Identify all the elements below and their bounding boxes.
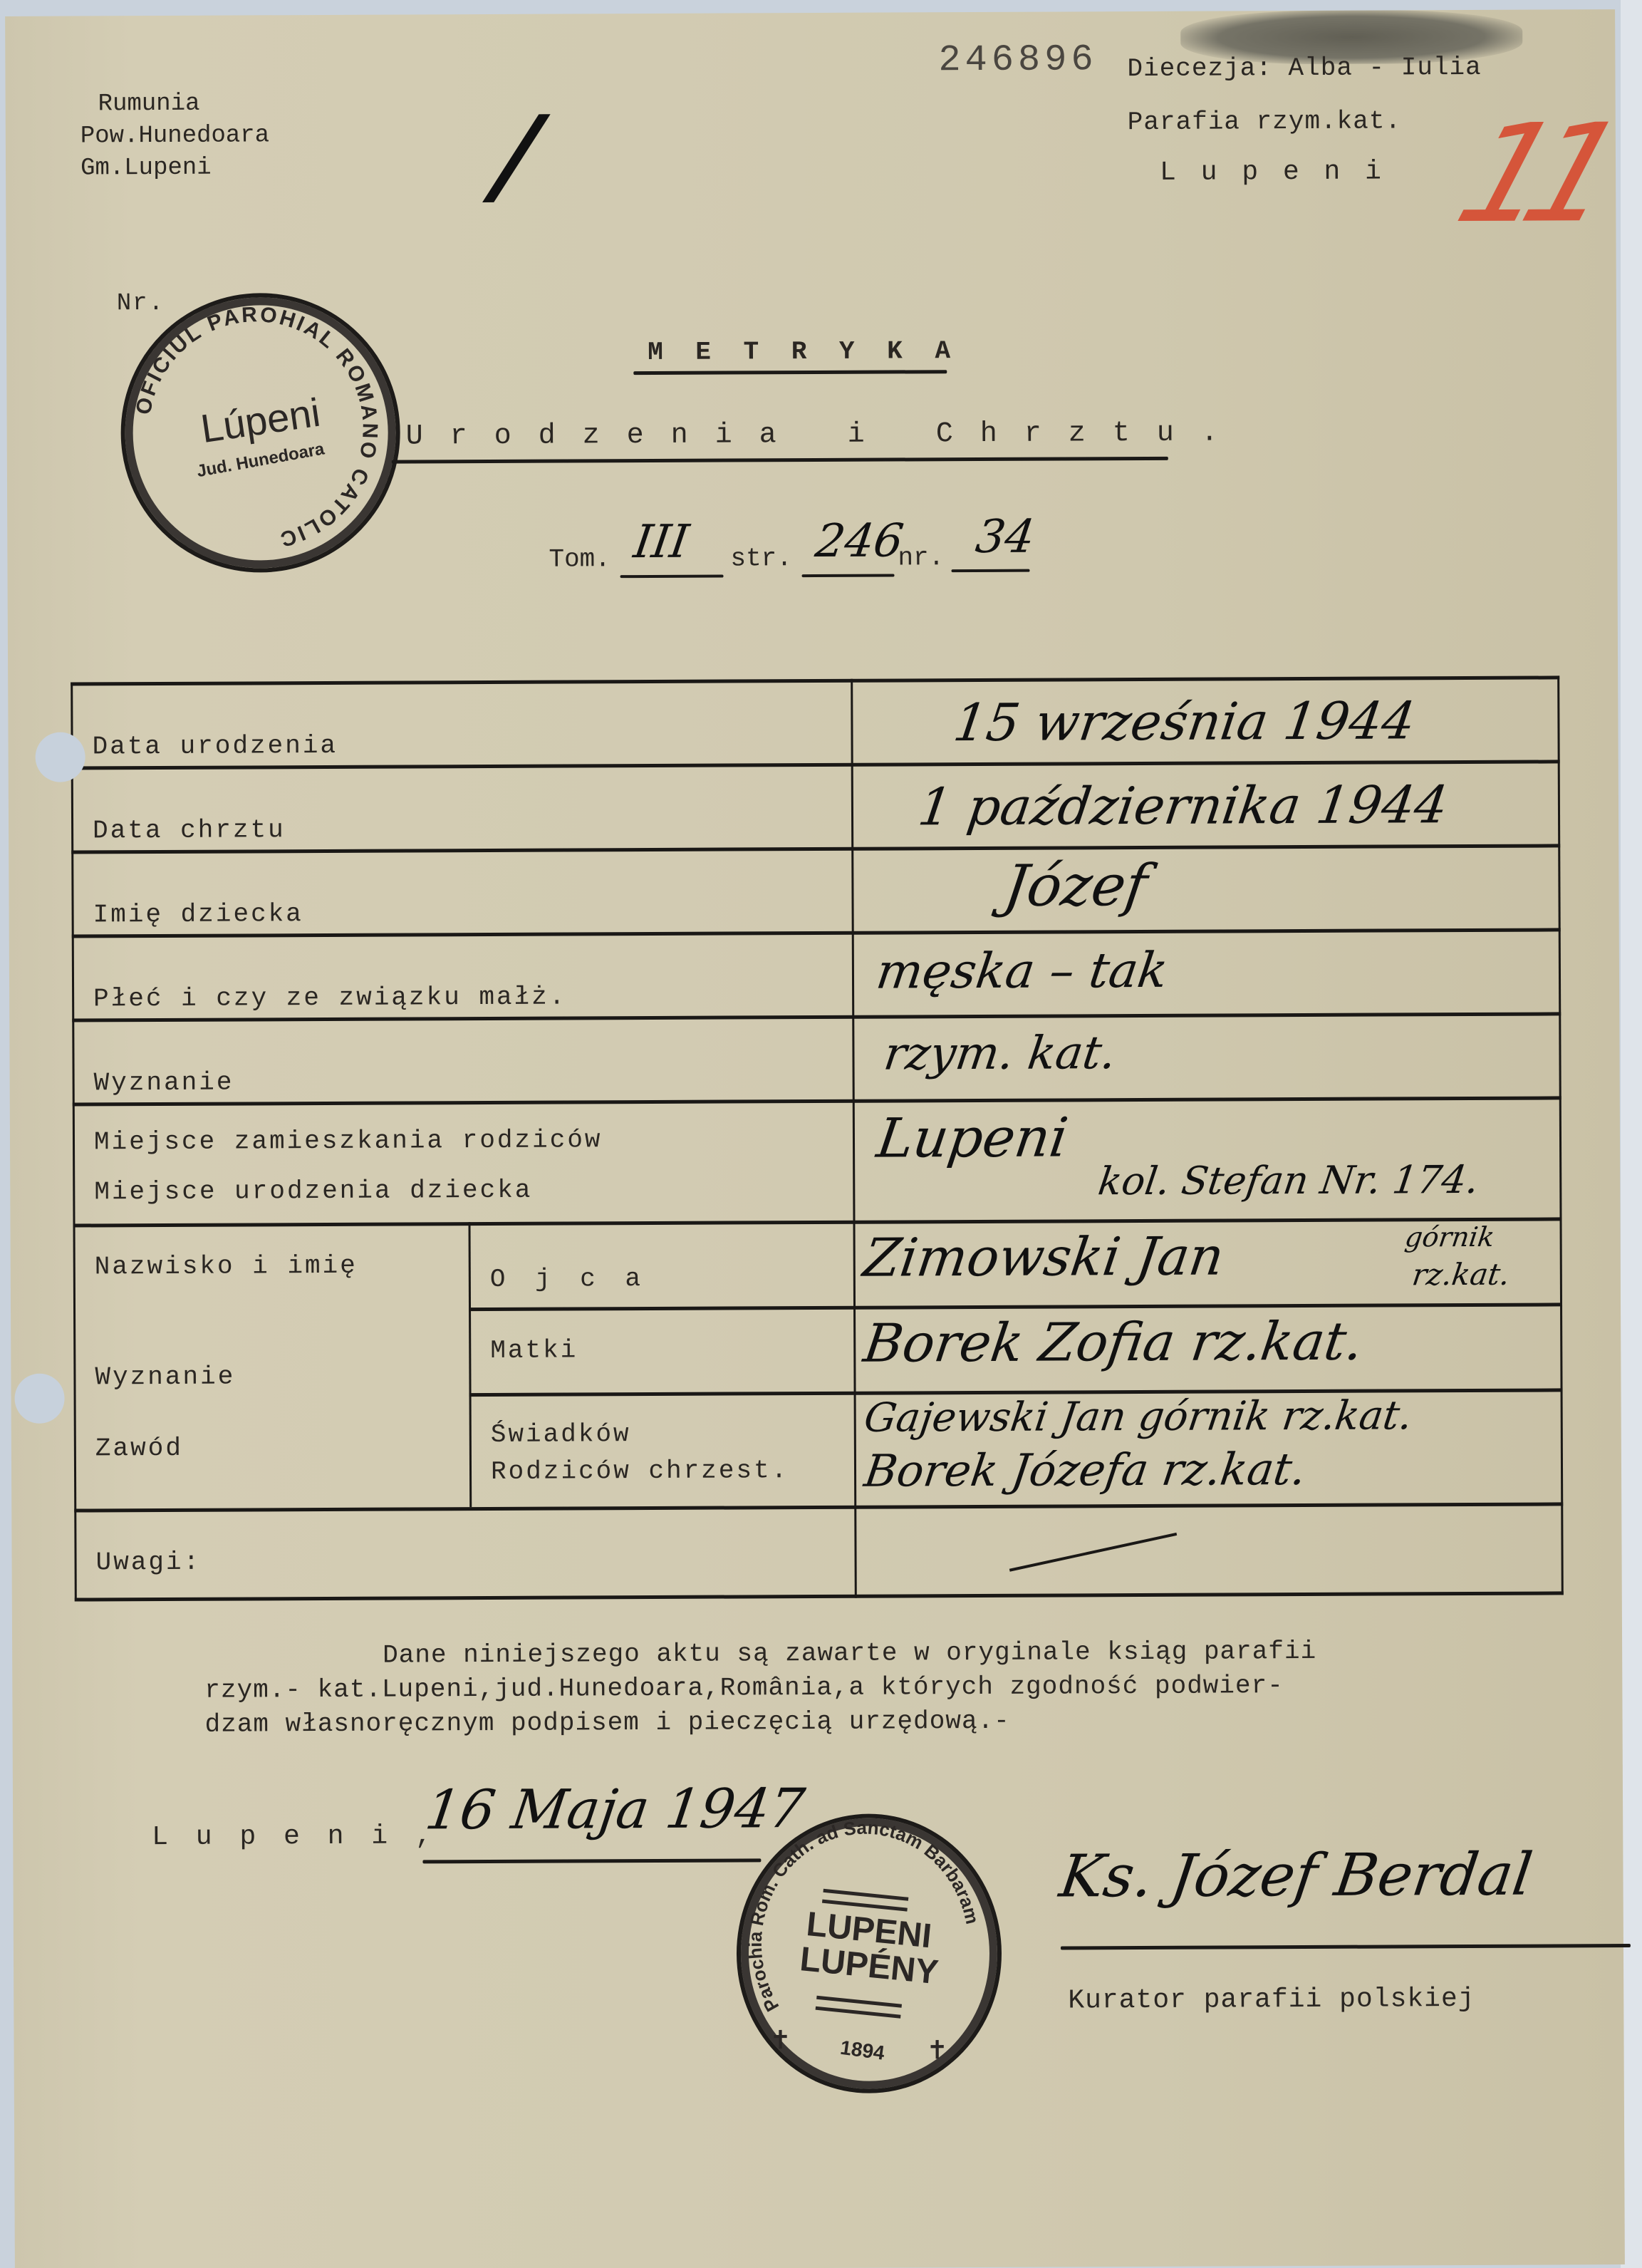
table-border-right bbox=[1557, 675, 1564, 1595]
signature: Ks. Józef Berdal bbox=[1056, 1841, 1536, 1911]
parents-subdivider bbox=[468, 1222, 472, 1507]
value-birth-date: 15 września 1944 bbox=[950, 690, 1419, 752]
row-divider bbox=[469, 1303, 1562, 1311]
header-commune: Gm.Lupeni bbox=[80, 155, 212, 182]
statement-line-3: dzam własnoręcznym podpisem i pieczęcią … bbox=[204, 1707, 1009, 1739]
label-parents-residence: Miejsce zamieszkania rodziców bbox=[94, 1125, 603, 1156]
tom-underline bbox=[620, 575, 724, 579]
signatory-role: Kurator parafii polskiej bbox=[1068, 1984, 1475, 2016]
label-occupation: Zawód bbox=[95, 1434, 183, 1464]
punch-hole bbox=[14, 1374, 64, 1424]
tom-value: III bbox=[630, 516, 692, 569]
baptism-record-table: Data urodzenia 15 września 1944 Data chr… bbox=[71, 675, 1564, 1601]
certificate-paper: Rumunia Pow.Hunedoara Gm.Lupeni / 246896… bbox=[5, 9, 1625, 2268]
date-underline bbox=[422, 1858, 761, 1863]
footer-place: L u p e n i , bbox=[152, 1821, 437, 1853]
label-father: O j c a bbox=[490, 1264, 648, 1294]
value-father-religion: rz.kat. bbox=[1410, 1257, 1512, 1293]
nr-label: nr. bbox=[898, 543, 944, 572]
subtitle-underline bbox=[392, 457, 1168, 464]
row-divider bbox=[72, 1012, 1561, 1022]
label-godparents: Rodziców chrzest. bbox=[491, 1456, 789, 1486]
value-baptism-date: 1 października 1944 bbox=[915, 775, 1451, 837]
title-underline bbox=[633, 370, 947, 375]
row-divider bbox=[73, 1217, 1562, 1227]
label-baptism-date: Data chrztu bbox=[93, 815, 286, 845]
cross-icon: ✝ bbox=[926, 2035, 947, 2065]
label-mother: Matki bbox=[490, 1335, 578, 1365]
header-country: Rumunia bbox=[98, 90, 200, 118]
value-sex-legitimacy: męska – tak bbox=[873, 943, 1171, 1000]
document-title: M E T R Y K A bbox=[648, 336, 959, 367]
row-divider bbox=[74, 1502, 1563, 1512]
label-surname-name: Nazwisko i imię bbox=[95, 1251, 358, 1282]
statement-line-1: Dane niniejszego aktu są zawarte w orygi… bbox=[383, 1637, 1316, 1670]
label-religion: Wyznanie bbox=[94, 1068, 234, 1098]
stamped-number: 246896 bbox=[938, 38, 1097, 81]
red-folio-mark: 11 bbox=[1441, 95, 1621, 253]
table-border-top bbox=[71, 675, 1559, 685]
value-mother: Borek Zofia rz.kat. bbox=[860, 1311, 1366, 1374]
diocese: Diecezja: Alba - Iulia bbox=[1127, 53, 1481, 83]
row-divider bbox=[71, 760, 1560, 770]
value-residence-town: Lupeni bbox=[873, 1105, 1071, 1169]
signature-line bbox=[1061, 1944, 1631, 1949]
background-edge bbox=[1621, 0, 1642, 2268]
cross-icon: ✝ bbox=[769, 2025, 791, 2055]
label-witnesses: Świadków bbox=[491, 1419, 631, 1449]
table-border-bottom bbox=[75, 1591, 1564, 1601]
label-birthplace: Miejsce urodzenia dziecka bbox=[94, 1176, 532, 1207]
punch-hole bbox=[35, 732, 85, 782]
table-column-divider bbox=[851, 679, 857, 1598]
value-child-name: Józef bbox=[1000, 852, 1151, 919]
parish: Parafia rzym.kat. bbox=[1128, 106, 1401, 137]
str-value: 246 bbox=[812, 514, 906, 568]
remarks-dash bbox=[1009, 1533, 1177, 1572]
parish-stamp-top: OFICIUL PAROHIAL ROMANO CATOLIC Lúpeni J… bbox=[120, 293, 401, 574]
document-subtitle: U r o d z e n i a i C h r z t u . bbox=[406, 417, 1223, 452]
tom-label: Tom. bbox=[549, 544, 610, 574]
label-birth-date: Data urodzenia bbox=[92, 731, 338, 762]
parish-stamp-bottom: Parochia Rom. Cath. ad Sanctam Barbaram … bbox=[736, 1813, 1002, 2094]
value-religion: rzym. kat. bbox=[880, 1027, 1119, 1080]
value-godfather: Gajewski Jan górnik rz.kat. bbox=[861, 1392, 1415, 1441]
value-residence-address: kol. Stefan Nr. 174. bbox=[1096, 1157, 1482, 1203]
row-divider bbox=[73, 1096, 1562, 1106]
statement-line-2: rzym.- kat.Lupeni,jud.Hunedoara,România,… bbox=[204, 1671, 1284, 1705]
label-sex-legitimacy: Płeć i czy ze związku małż. bbox=[93, 983, 566, 1014]
table-border-left bbox=[71, 683, 77, 1602]
margin-mark: / bbox=[489, 93, 545, 218]
town: L u p e n i bbox=[1160, 156, 1386, 187]
label-remarks: Uwagi: bbox=[95, 1548, 201, 1578]
label-parent-religion: Wyznanie bbox=[95, 1362, 235, 1392]
nr-underline bbox=[952, 569, 1030, 572]
value-godmother: Borek Józefa rz.kat. bbox=[861, 1443, 1309, 1497]
row-divider bbox=[71, 844, 1560, 854]
nr-value: 34 bbox=[972, 511, 1038, 564]
value-father-occupation: górnik bbox=[1403, 1221, 1497, 1253]
header-county: Pow.Hunedoara bbox=[80, 122, 269, 150]
str-underline bbox=[802, 574, 895, 578]
str-label: str. bbox=[730, 544, 792, 573]
row-divider bbox=[72, 928, 1561, 938]
label-child-name: Imię dziecka bbox=[93, 899, 303, 929]
value-father: Zimowski Jan bbox=[860, 1226, 1227, 1288]
